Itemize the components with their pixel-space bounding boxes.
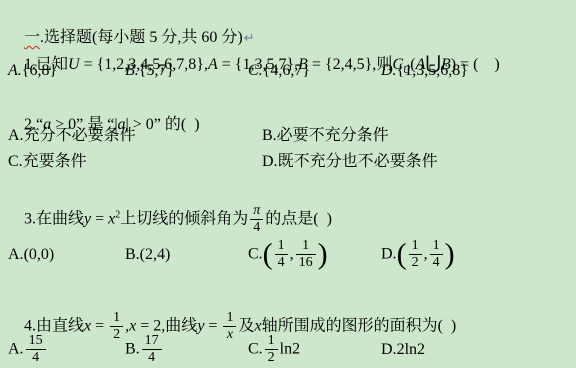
- math-text: ln2: [280, 340, 300, 357]
- question-1-options: A.{6,8} B.{5,7} C.{4,6,7} D.{1,3,5,6,8}: [8, 62, 568, 80]
- fraction-numerator: 17: [142, 333, 162, 350]
- option-label: D.: [262, 153, 278, 170]
- fraction: 12: [265, 333, 278, 366]
- option-a: A.充分不必要条件: [8, 122, 262, 145]
- math-text: =: [91, 317, 108, 334]
- option-value: {6,8}: [22, 62, 57, 79]
- option-label: C.: [248, 340, 263, 357]
- option-b: B.必要不充分条件: [262, 122, 568, 145]
- option-c: C.{4,6,7}: [248, 62, 381, 80]
- close-paren: ): [445, 238, 455, 271]
- math-text: ,: [424, 245, 428, 262]
- fraction-numerator: π: [250, 203, 263, 220]
- math-text: ,: [290, 245, 294, 262]
- fraction-denominator: 2: [265, 350, 278, 366]
- option-label: B.: [125, 62, 139, 79]
- fraction-denominator: 2: [409, 255, 422, 271]
- option-d: D.{1,3,5,6,8}: [381, 62, 568, 80]
- question-2-options-row1: A.充分不必要条件 B.必要不充分条件: [8, 122, 568, 145]
- open-paren: (: [263, 238, 273, 271]
- option-value: {4,6,7}: [263, 62, 310, 79]
- fraction: 174: [142, 333, 162, 366]
- fraction-denominator: 4: [430, 255, 443, 271]
- stem-text: 及: [238, 317, 254, 334]
- option-value: (2,4): [140, 246, 171, 263]
- question-3-options: A.(0,0) B.(2,4) C.(14,116) D.(12,14): [8, 238, 568, 271]
- math-text: = 2,: [136, 317, 165, 334]
- fraction-numerator: 1: [409, 238, 422, 255]
- option-value: {1,3,5,6,8}: [397, 62, 468, 79]
- stem-text: 3.在曲线: [24, 210, 84, 227]
- option-label: A.: [8, 340, 24, 357]
- option-label: B.: [125, 340, 140, 357]
- math-text: =: [91, 210, 108, 227]
- fraction-numerator: 1: [223, 310, 236, 327]
- option-label: B.: [262, 127, 277, 144]
- option-a: A.{6,8}: [8, 62, 125, 80]
- fraction-denominator: 16: [296, 255, 316, 271]
- option-label: A.: [8, 62, 22, 79]
- stem-text: 轴所围成的图形的面积为( ): [262, 317, 457, 334]
- option-c: C.(14,116): [248, 238, 381, 271]
- option-label: C.: [8, 153, 23, 170]
- fraction-numerator: 15: [26, 333, 46, 350]
- option-label: A.: [8, 246, 24, 263]
- fraction-numerator: 1: [110, 310, 123, 327]
- stem-text: 4.由直线: [24, 317, 84, 334]
- fraction-denominator: 4: [250, 220, 263, 236]
- option-value: 充要条件: [23, 153, 87, 170]
- math-text: =: [204, 317, 221, 334]
- option-d: D.既不充分也不必要条件: [262, 148, 568, 171]
- exam-document: 一.选择题(每小题 5 分,共 60 分)↵ 1.已知U = {1,2,3,4,…: [0, 0, 576, 368]
- fraction-denominator: 4: [275, 255, 288, 271]
- option-value: 2ln2: [397, 341, 425, 358]
- option-c: C.充要条件: [8, 148, 262, 171]
- math-var: x: [254, 317, 261, 334]
- option-b: B.174: [125, 333, 248, 366]
- close-paren: ): [318, 238, 328, 271]
- stem-text: 的点是( ): [265, 210, 332, 227]
- option-value: 必要不充分条件: [277, 127, 389, 144]
- option-b: B.{5,7}: [125, 62, 248, 80]
- option-label: B.: [125, 246, 140, 263]
- option-b: B.(2,4): [125, 246, 248, 264]
- fraction-numerator: 1: [430, 238, 443, 255]
- fraction-denominator: 4: [26, 350, 46, 366]
- option-value: 既不充分也不必要条件: [278, 153, 438, 170]
- option-d: D.(12,14): [381, 238, 568, 271]
- option-label: D.: [381, 245, 397, 262]
- option-value: {5,7}: [139, 62, 174, 79]
- question-2-options-row2: C.充要条件 D.既不充分也不必要条件: [8, 148, 568, 171]
- option-label: A.: [8, 127, 24, 144]
- fraction: 116: [296, 238, 316, 271]
- stem-text: 上切线的倾斜角为: [120, 210, 248, 227]
- fraction: 14: [430, 238, 443, 271]
- option-d: D.2ln2: [381, 341, 568, 359]
- option-a: A.154: [8, 333, 125, 366]
- option-label: C.: [248, 245, 263, 262]
- option-label: D.: [381, 341, 397, 358]
- fraction-denominator: 4: [142, 350, 162, 366]
- option-label: D.: [381, 62, 397, 79]
- option-value: 充分不必要条件: [24, 127, 136, 144]
- fraction: π4: [250, 203, 263, 236]
- option-a: A.(0,0): [8, 246, 125, 264]
- fraction-numerator: 1: [275, 238, 288, 255]
- open-paren: (: [397, 238, 407, 271]
- fraction: 14: [275, 238, 288, 271]
- fraction-numerator: 1: [296, 238, 316, 255]
- option-value: (0,0): [24, 246, 55, 263]
- fraction: 12: [409, 238, 422, 271]
- fraction-numerator: 1: [265, 333, 278, 350]
- question-4-options: A.154 B.174 C.12ln2 D.2ln2: [8, 333, 568, 366]
- option-c: C.12ln2: [248, 333, 381, 366]
- stem-text: 曲线: [165, 317, 197, 334]
- option-label: C.: [248, 62, 263, 79]
- fraction: 154: [26, 333, 46, 366]
